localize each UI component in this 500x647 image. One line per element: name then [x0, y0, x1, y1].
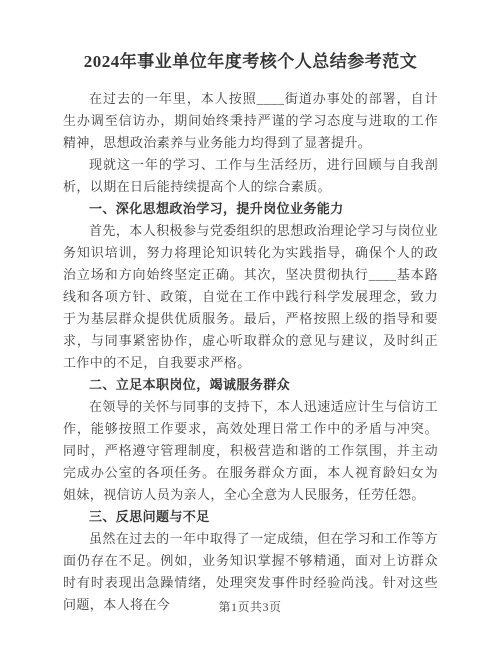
section-heading-2: 二、立足本职岗位，竭诚服务群众 — [63, 374, 438, 396]
page-number: 第1页共3页 — [218, 600, 281, 614]
body-paragraph-1: 在过去的一年里，本人按照____街道办事处的部署，自计生办调至信访办，期间始终秉… — [63, 88, 438, 154]
document-content: 2024年事业单位年度考核个人总结参考范文 在过去的一年里，本人按照____街道… — [0, 0, 500, 616]
section-heading-3: 三、反思问题与不足 — [63, 506, 438, 528]
section-heading-1: 一、深化思想政治学习，提升岗位业务能力 — [63, 198, 438, 220]
body-paragraph-4: 在领导的关怀与同事的支持下，本人迅速适应计生与信访工作，能够按照工作要求，高效处… — [63, 396, 438, 506]
body-paragraph-2: 现就这一年的学习、工作与生活经历，进行回顾与自我剖析，以期在日后能持续提高个人的… — [63, 154, 438, 198]
page-title: 2024年事业单位年度考核个人总结参考范文 — [63, 48, 438, 76]
body-paragraph-3: 首先，本人积极参与党委组织的思想政治理论学习与岗位业务知识培训，努力将理论知识转… — [63, 220, 438, 374]
document-page: 2024年事业单位年度考核个人总结参考范文 在过去的一年里，本人按照____街道… — [0, 0, 500, 647]
page-footer: 第1页共3页 — [0, 598, 500, 616]
